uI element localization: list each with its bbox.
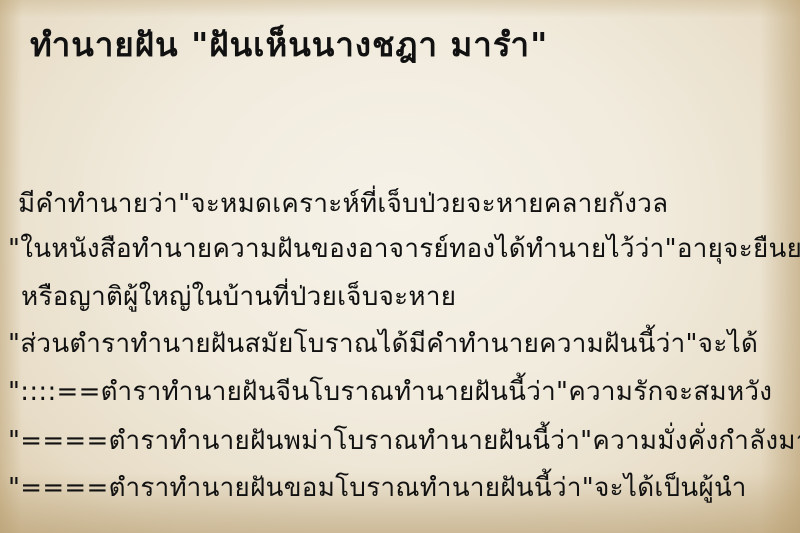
interpretation-line-6: "====ตำราทำนายฝันพม่าโบราณทำนายฝันนี้ว่า… xyxy=(8,425,800,457)
interpretation-line-2: "ในหนังสือทำนายความฝันของอาจารย์ทองได้ทำ… xyxy=(8,233,800,265)
page-title: ทำนายฝัน "ฝันเห็นนางชฎา มารำ" xyxy=(30,18,548,71)
interpretation-line-3: หรือญาติผู้ใหญ่ในบ้านที่ป่วยเจ็บจะหาย xyxy=(21,281,456,313)
interpretation-line-5: "::::==ตำราทำนายฝันจีนโบราณทำนายฝันนี้ว่… xyxy=(8,376,772,408)
paper-texture-top xyxy=(0,0,800,18)
interpretation-line-7: "====ตำราทำนายฝันขอมโบราณทำนายฝันนี้ว่า"… xyxy=(8,472,747,504)
interpretation-line-1: มีคำทำนายว่า"จะหมดเคราะห์ที่เจ็บป่วยจะหา… xyxy=(18,188,668,220)
interpretation-line-4: "ส่วนตำราทำนายฝันสมัยโบราณได้มีคำทำนายคว… xyxy=(8,328,758,360)
